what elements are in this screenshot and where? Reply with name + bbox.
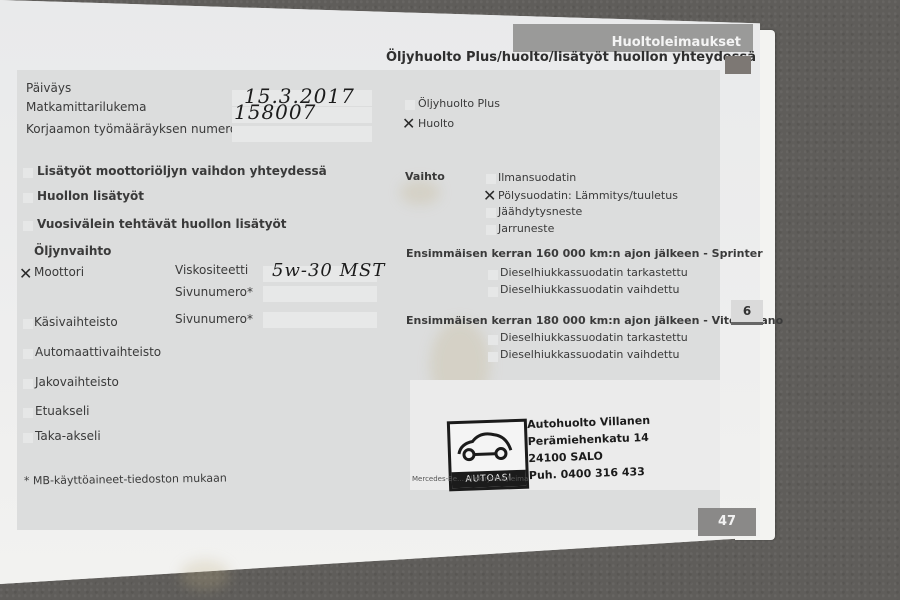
oil-rear-axle-label: Taka-akseli [35, 429, 101, 443]
checkbox-vuosivalein[interactable] [23, 221, 33, 231]
checkbox-vito-replaced[interactable] [488, 352, 498, 362]
checkbox-etuakseli[interactable] [23, 408, 33, 418]
oil-transfer-label: Jakovaihteisto [35, 375, 119, 389]
car-icon [450, 422, 519, 468]
stain [400, 180, 440, 205]
viscosity-value: 5w-30 MST [272, 260, 385, 281]
oil-change-heading: Öljynvaihto [34, 244, 111, 258]
odometer-label: Matkamittarilukema [26, 100, 146, 114]
additional-work-annual: Vuosivälein tehtävät huollon lisätyöt [37, 217, 287, 231]
oil-manual-gearbox-label: Käsivaihteisto [34, 315, 118, 329]
checkbox-automaattivaihteisto[interactable] [23, 349, 33, 359]
checkbox-ilmansuodatin[interactable] [486, 174, 496, 184]
replacement-air-filter: Ilmansuodatin [498, 171, 576, 184]
viscosity-label: Viskositeetti [175, 263, 248, 277]
check-mark-icon[interactable]: ✕ [19, 266, 32, 282]
page-number: 47 [698, 508, 756, 536]
oil-engine-label: Moottori [34, 265, 84, 279]
check-mark-icon[interactable]: ✕ [483, 188, 496, 204]
workshop-stamp-text: Autohuolto Villanen Perämiehenkatu 14 24… [527, 412, 652, 484]
engine-page-field[interactable] [263, 286, 377, 302]
title-marker [725, 56, 751, 74]
replacement-brake-fluid: Jarruneste [498, 222, 554, 235]
service-type-huolto: Huolto [418, 117, 454, 130]
vito-heading: Ensimmäisen kerran 180 000 km:n ajon jäl… [406, 314, 783, 327]
section-tab: Huoltoleimaukset [513, 24, 753, 52]
replacement-heading: Vaihto [405, 170, 445, 183]
vito-dpf-checked: Dieselhiukkassuodatin tarkastettu [500, 331, 688, 344]
service-type-oljyhuolto-plus: Öljyhuolto Plus [418, 97, 500, 110]
checkbox-vito-checked[interactable] [488, 335, 498, 345]
page-title: Öljyhuolto Plus/huolto/lisätyöt huollon … [386, 50, 756, 65]
sprinter-dpf-checked: Dieselhiukkassuodatin tarkastettu [500, 266, 688, 279]
checkbox-kasivaihteisto[interactable] [23, 319, 33, 329]
manual-gearbox-page-field[interactable] [263, 312, 377, 328]
odometer-value: 158007 [234, 100, 316, 124]
chapter-tab[interactable]: 6 [731, 300, 763, 325]
checkbox-sprinter-checked[interactable] [488, 270, 498, 280]
sprinter-heading: Ensimmäisen kerran 160 000 km:n ajon jäl… [406, 247, 763, 260]
stamp-caption: Mercedes-Be… allekirjoitus/leima [412, 475, 528, 483]
work-order-label: Korjaamon työmääräyksen numero [26, 122, 237, 136]
checkbox-jarruneste[interactable] [486, 225, 496, 235]
vito-dpf-replaced: Dieselhiukkassuodatin vaihdettu [500, 348, 680, 361]
oil-front-axle-label: Etuakseli [35, 404, 90, 418]
engine-page-label: Sivunumero* [175, 285, 253, 299]
check-mark-icon[interactable]: ✕ [402, 116, 415, 132]
sprinter-dpf-replaced: Dieselhiukkassuodatin vaihdettu [500, 283, 680, 296]
date-label: Päiväys [26, 81, 71, 95]
checkbox-jaahdytysneste[interactable] [486, 208, 496, 218]
work-order-field[interactable] [232, 126, 372, 142]
manual-gearbox-page-label: Sivunumero* [175, 312, 253, 326]
additional-work-service: Huollon lisätyöt [37, 189, 144, 203]
checkbox-sprinter-replaced[interactable] [488, 287, 498, 297]
checkbox-lisatyot-oljy[interactable] [23, 168, 33, 178]
replacement-coolant: Jäähdytysneste [498, 205, 582, 218]
checkbox-taka-akseli[interactable] [23, 433, 33, 443]
checkbox-huollon-lisatyot[interactable] [23, 193, 33, 203]
oil-automatic-label: Automaattivaihteisto [35, 345, 161, 359]
checkbox-jakovaihteisto[interactable] [23, 379, 33, 389]
replacement-cabin-filter: Pölysuodatin: Lämmitys/tuuletus [498, 189, 678, 202]
additional-work-oil: Lisätyöt moottoriöljyn vaihdon yhteydess… [37, 164, 327, 178]
checkbox-oljyhuolto-plus[interactable] [405, 100, 415, 110]
stain [180, 560, 230, 590]
